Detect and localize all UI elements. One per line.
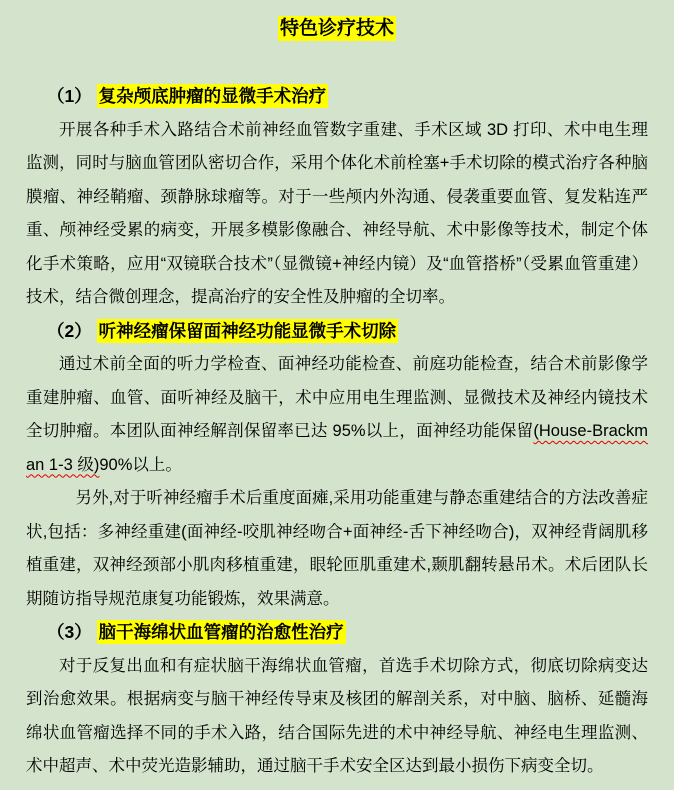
section-heading-text: 复杂颅底肿瘤的显微手术治疗 [97, 84, 329, 108]
section-number: （3） [47, 622, 92, 642]
document-page: 特色诊疗技术 （1） 复杂颅底肿瘤的显微手术治疗开展各种手术入路结合术前神经血管… [0, 0, 674, 790]
paragraph: 对于反复出血和有症状脑干海绵状血管瘤，首选手术切除方式，彻底切除病变达到治愈效果… [26, 650, 648, 784]
paragraph: 开展各种手术入路结合术前神经血管数字重建、手术区域 3D 打印、术中电生理监测，… [26, 114, 648, 315]
sections-container: （1） 复杂颅底肿瘤的显微手术治疗开展各种手术入路结合术前神经血管数字重建、手术… [26, 80, 648, 784]
paragraph-text: 另外,对于听神经瘤手术后重度面瘫,采用功能重建与静态重建结合的方法改善症状,包括… [26, 489, 648, 608]
section: （2） 听神经瘤保留面神经功能显微手术切除通过术前全面的听力学检查、面神经功能检… [26, 315, 648, 617]
section: （1） 复杂颅底肿瘤的显微手术治疗开展各种手术入路结合术前神经血管数字重建、手术… [26, 80, 648, 315]
section-number: （2） [47, 321, 92, 341]
paragraph-text: 对于反复出血和有症状脑干海绵状血管瘤，首选手术切除方式，彻底切除病变达到治愈效果… [26, 657, 648, 776]
paragraph-text: 90%以上。 [99, 456, 182, 474]
section-heading: （3） 脑干海绵状血管瘤的治愈性治疗 [26, 616, 648, 650]
section: （3） 脑干海绵状血管瘤的治愈性治疗对于反复出血和有症状脑干海绵状血管瘤，首选手… [26, 616, 648, 784]
section-number: （1） [47, 86, 92, 106]
title-row: 特色诊疗技术 [26, 12, 648, 47]
paragraph: 通过术前全面的听力学检查、面神经功能检查、前庭功能检查，结合术前影像学重建肿瘤、… [26, 348, 648, 482]
section-heading-text: 听神经瘤保留面神经功能显微手术切除 [97, 319, 399, 343]
section-heading: （2） 听神经瘤保留面神经功能显微手术切除 [26, 315, 648, 349]
paragraph-text: 开展各种手术入路结合术前神经血管数字重建、手术区域 3D 打印、术中电生理监测，… [26, 121, 648, 307]
page-title: 特色诊疗技术 [278, 16, 396, 41]
paragraph: 另外,对于听神经瘤手术后重度面瘫,采用功能重建与静态重建结合的方法改善症状,包括… [26, 482, 648, 616]
section-heading: （1） 复杂颅底肿瘤的显微手术治疗 [26, 80, 648, 114]
section-heading-text: 脑干海绵状血管瘤的治愈性治疗 [97, 620, 346, 644]
